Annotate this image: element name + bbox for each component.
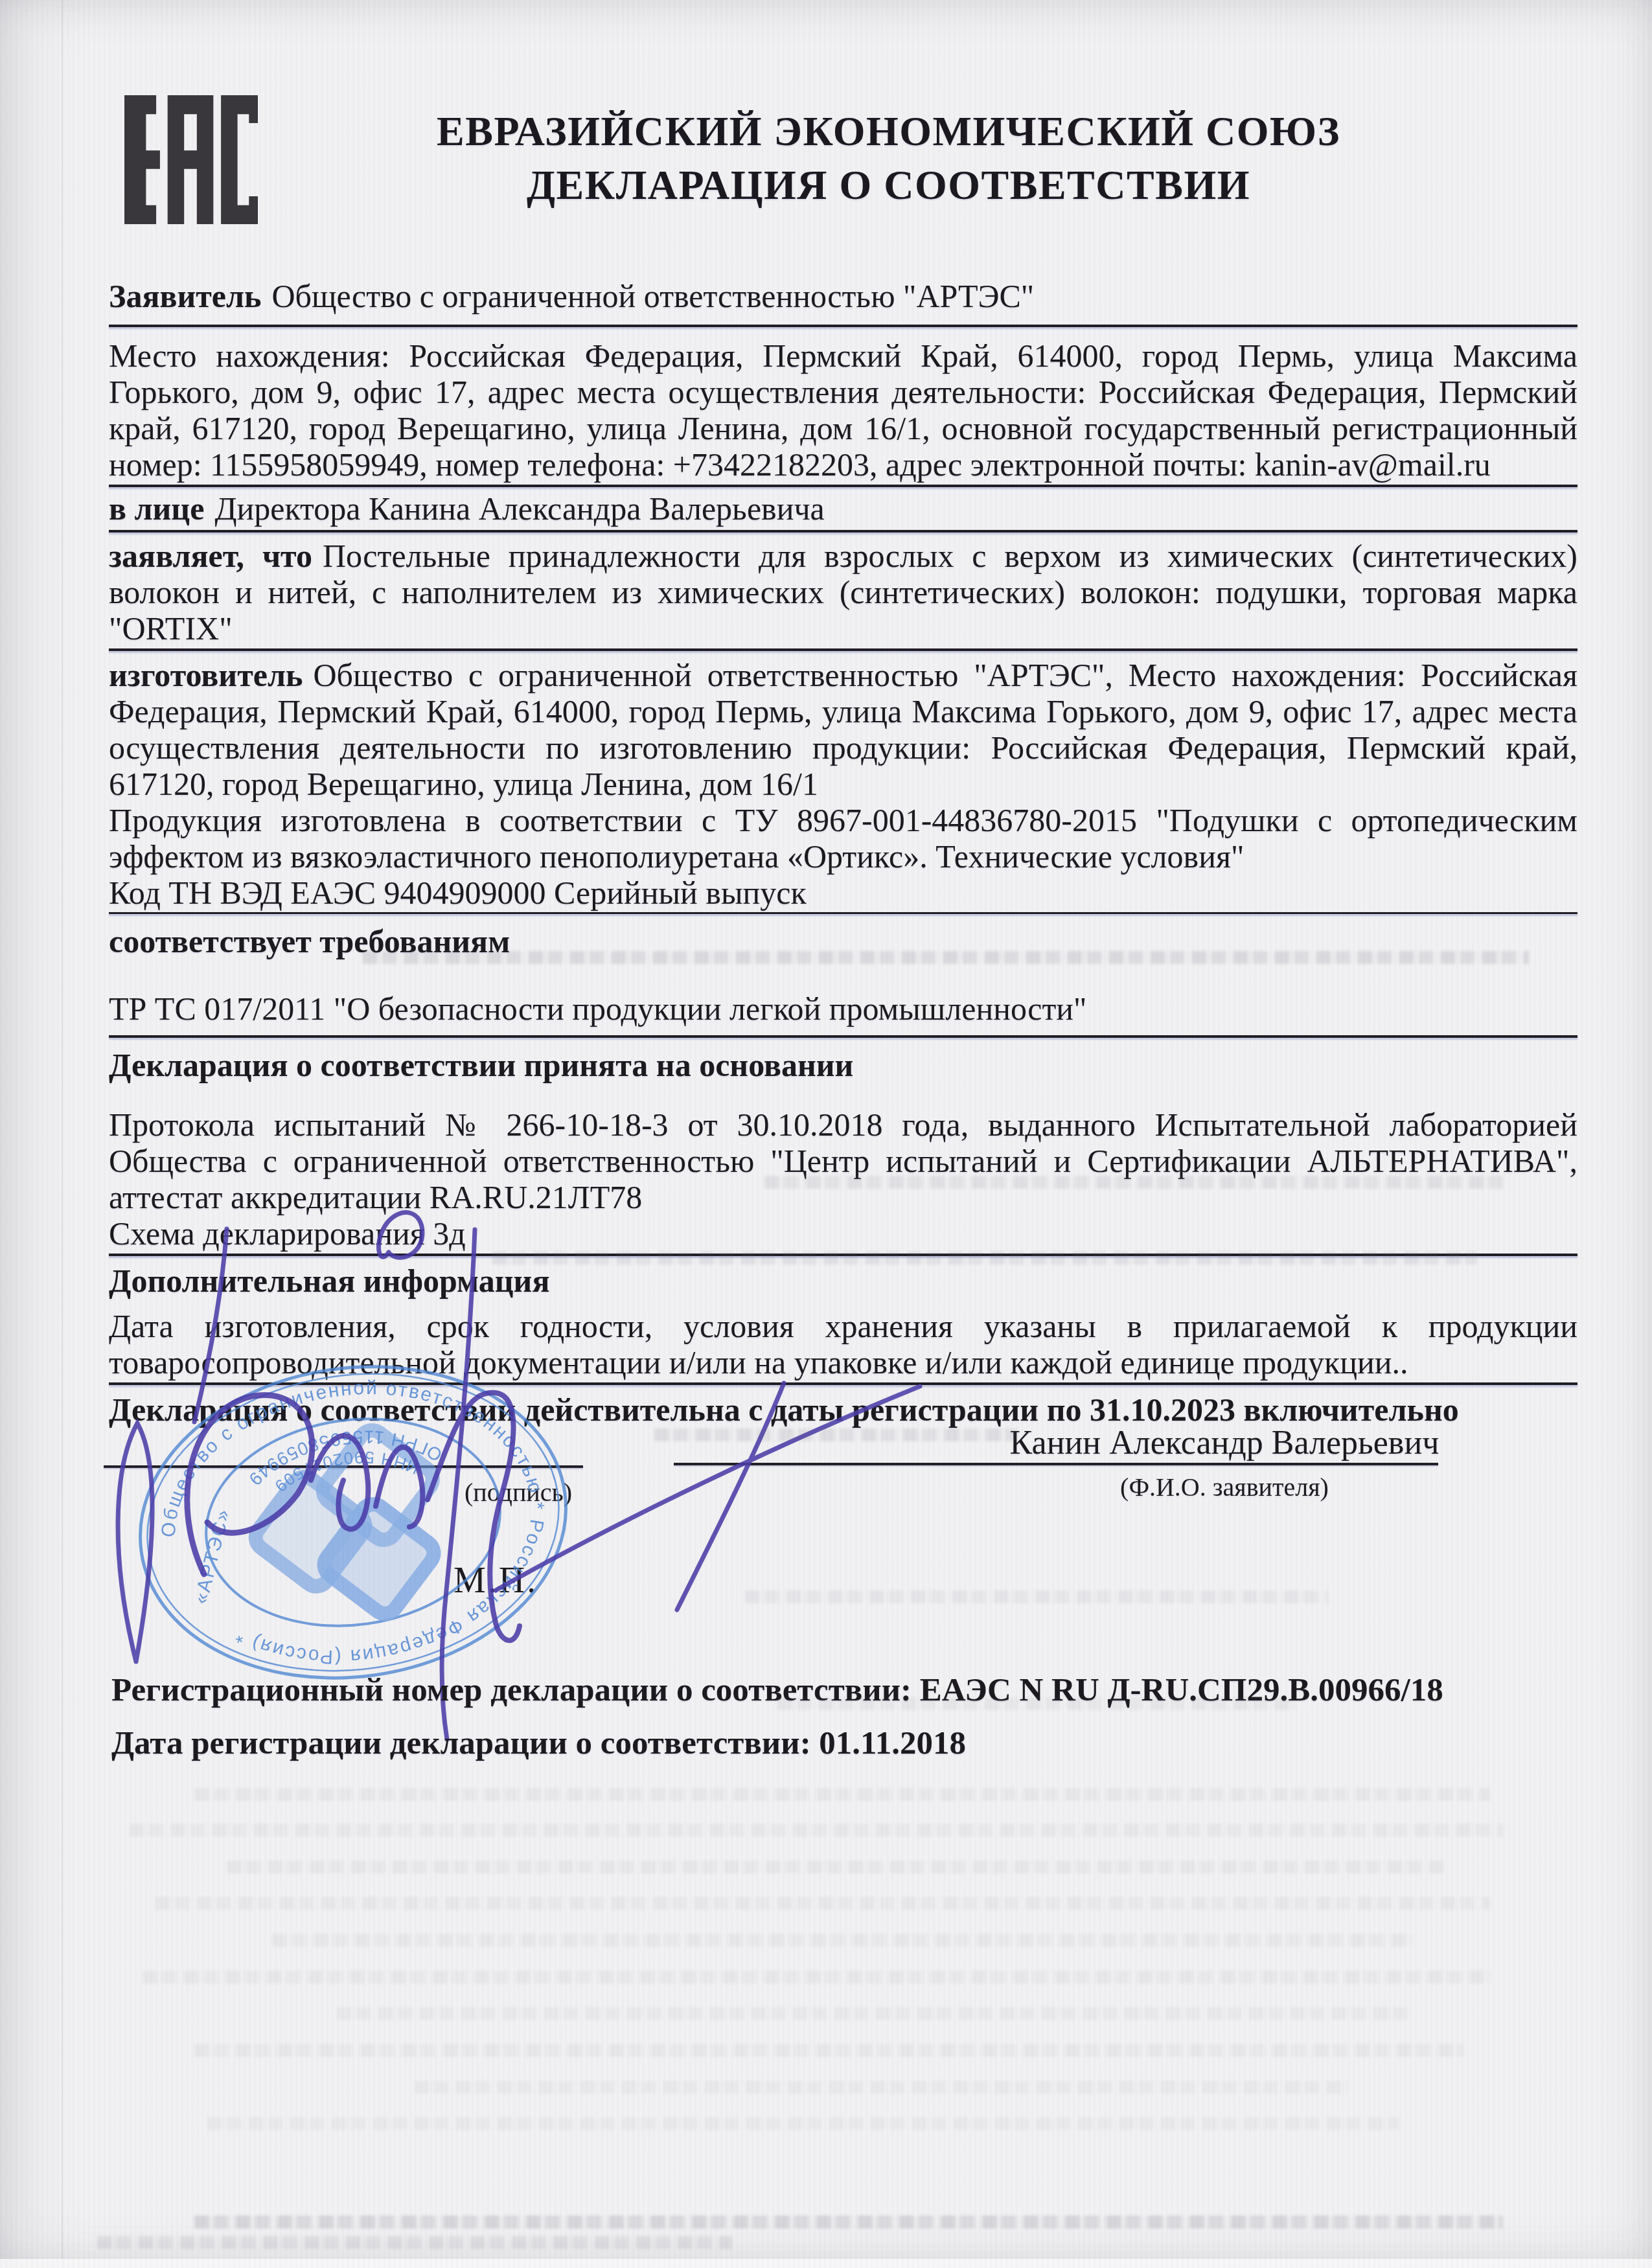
document-title: ЕВРАЗИЙСКИЙ ЭКОНОМИЧЕСКИЙ СОЮЗ ДЕКЛАРАЦИ…: [258, 94, 1577, 212]
basis-heading: Декларация о соответствии принята на осн…: [109, 1047, 1577, 1083]
section-divider: [109, 530, 1577, 533]
manufacturer-paragraph: изготовительОбщество с ограниченной отве…: [109, 657, 1577, 802]
section-divider: [109, 325, 1577, 327]
title-line-1: ЕВРАЗИЙСКИЙ ЭКОНОМИЧЕСКИЙ СОЮЗ: [284, 104, 1493, 158]
applicant-line: ЗаявительОбщество с ограниченной ответст…: [109, 278, 1577, 314]
registration-date-line: Дата регистрации декларации о соответств…: [111, 1724, 966, 1762]
scan-edge: [0, 2259, 1652, 2268]
ghost-text-artifact: [130, 1824, 1503, 1837]
handwritten-signature: [39, 1195, 1050, 1817]
regulation-line: ТР ТС 017/2011 "О безопасности продукции…: [109, 991, 1577, 1027]
declares-label: заявляет, что: [109, 538, 312, 574]
production-paragraph: Продукция изготовлена в соответствии с Т…: [109, 802, 1577, 875]
ghost-text-artifact: [272, 1934, 1412, 1947]
document-header: ЕВРАЗИЙСКИЙ ЭКОНОМИЧЕСКИЙ СОЮЗ ДЕКЛАРАЦИ…: [0, 0, 1652, 229]
section-divider: [109, 912, 1577, 914]
manufacturer-label: изготовитель: [109, 657, 303, 693]
scanned-declaration-page: ЕВРАЗИЙСКИЙ ЭКОНОМИЧЕСКИЙ СОЮЗ ДЕКЛАРАЦИ…: [0, 0, 1652, 2268]
eac-logo: [124, 94, 258, 229]
ghost-text-artifact: [207, 2117, 1399, 2130]
manufacturer-value: Общество с ограниченной ответственностью…: [109, 657, 1577, 802]
declares-paragraph: заявляет, чтоПостельные принадлежности д…: [109, 538, 1577, 647]
applicant-label: Заявитель: [109, 278, 262, 314]
in-person-line: в лицеДиректора Канина Александра Валерь…: [109, 490, 1577, 527]
ghost-text-artifact: [227, 1861, 1445, 1873]
declares-value: Постельные принадлежности для взрослых с…: [109, 538, 1577, 647]
ghost-text-artifact: [415, 2081, 1348, 2094]
address-paragraph: Место нахождения: Российская Федерация, …: [109, 338, 1577, 483]
ghost-text-artifact: [155, 1897, 1490, 1910]
ghost-text-artifact: [194, 2044, 1464, 2057]
eac-mark-icon: [124, 94, 258, 225]
section-divider: [109, 648, 1577, 651]
ghost-text-artifact: [337, 2007, 1412, 2020]
ghost-text-artifact: [97, 2236, 732, 2249]
in-person-label: в лице: [109, 490, 204, 527]
title-line-2: ДЕКЛАРАЦИЯ О СООТВЕТСТВИИ: [284, 158, 1493, 212]
ghost-text-artifact: [194, 2216, 1503, 2228]
section-divider: [109, 485, 1577, 487]
ghost-text-artifact: [143, 1971, 1490, 1984]
section-divider: [109, 1035, 1577, 1038]
applicant-value: Общество с ограниченной ответственностью…: [272, 278, 1035, 314]
tnved-line: Код ТН ВЭД ЕАЭС 9404909000 Серийный выпу…: [109, 875, 1577, 911]
in-person-value: Директора Канина Александра Валерьевича: [214, 490, 824, 527]
complies-heading: соответствует требованиям: [109, 923, 1577, 959]
registration-number-line: Регистрационный номер декларации о соотв…: [111, 1671, 1443, 1709]
